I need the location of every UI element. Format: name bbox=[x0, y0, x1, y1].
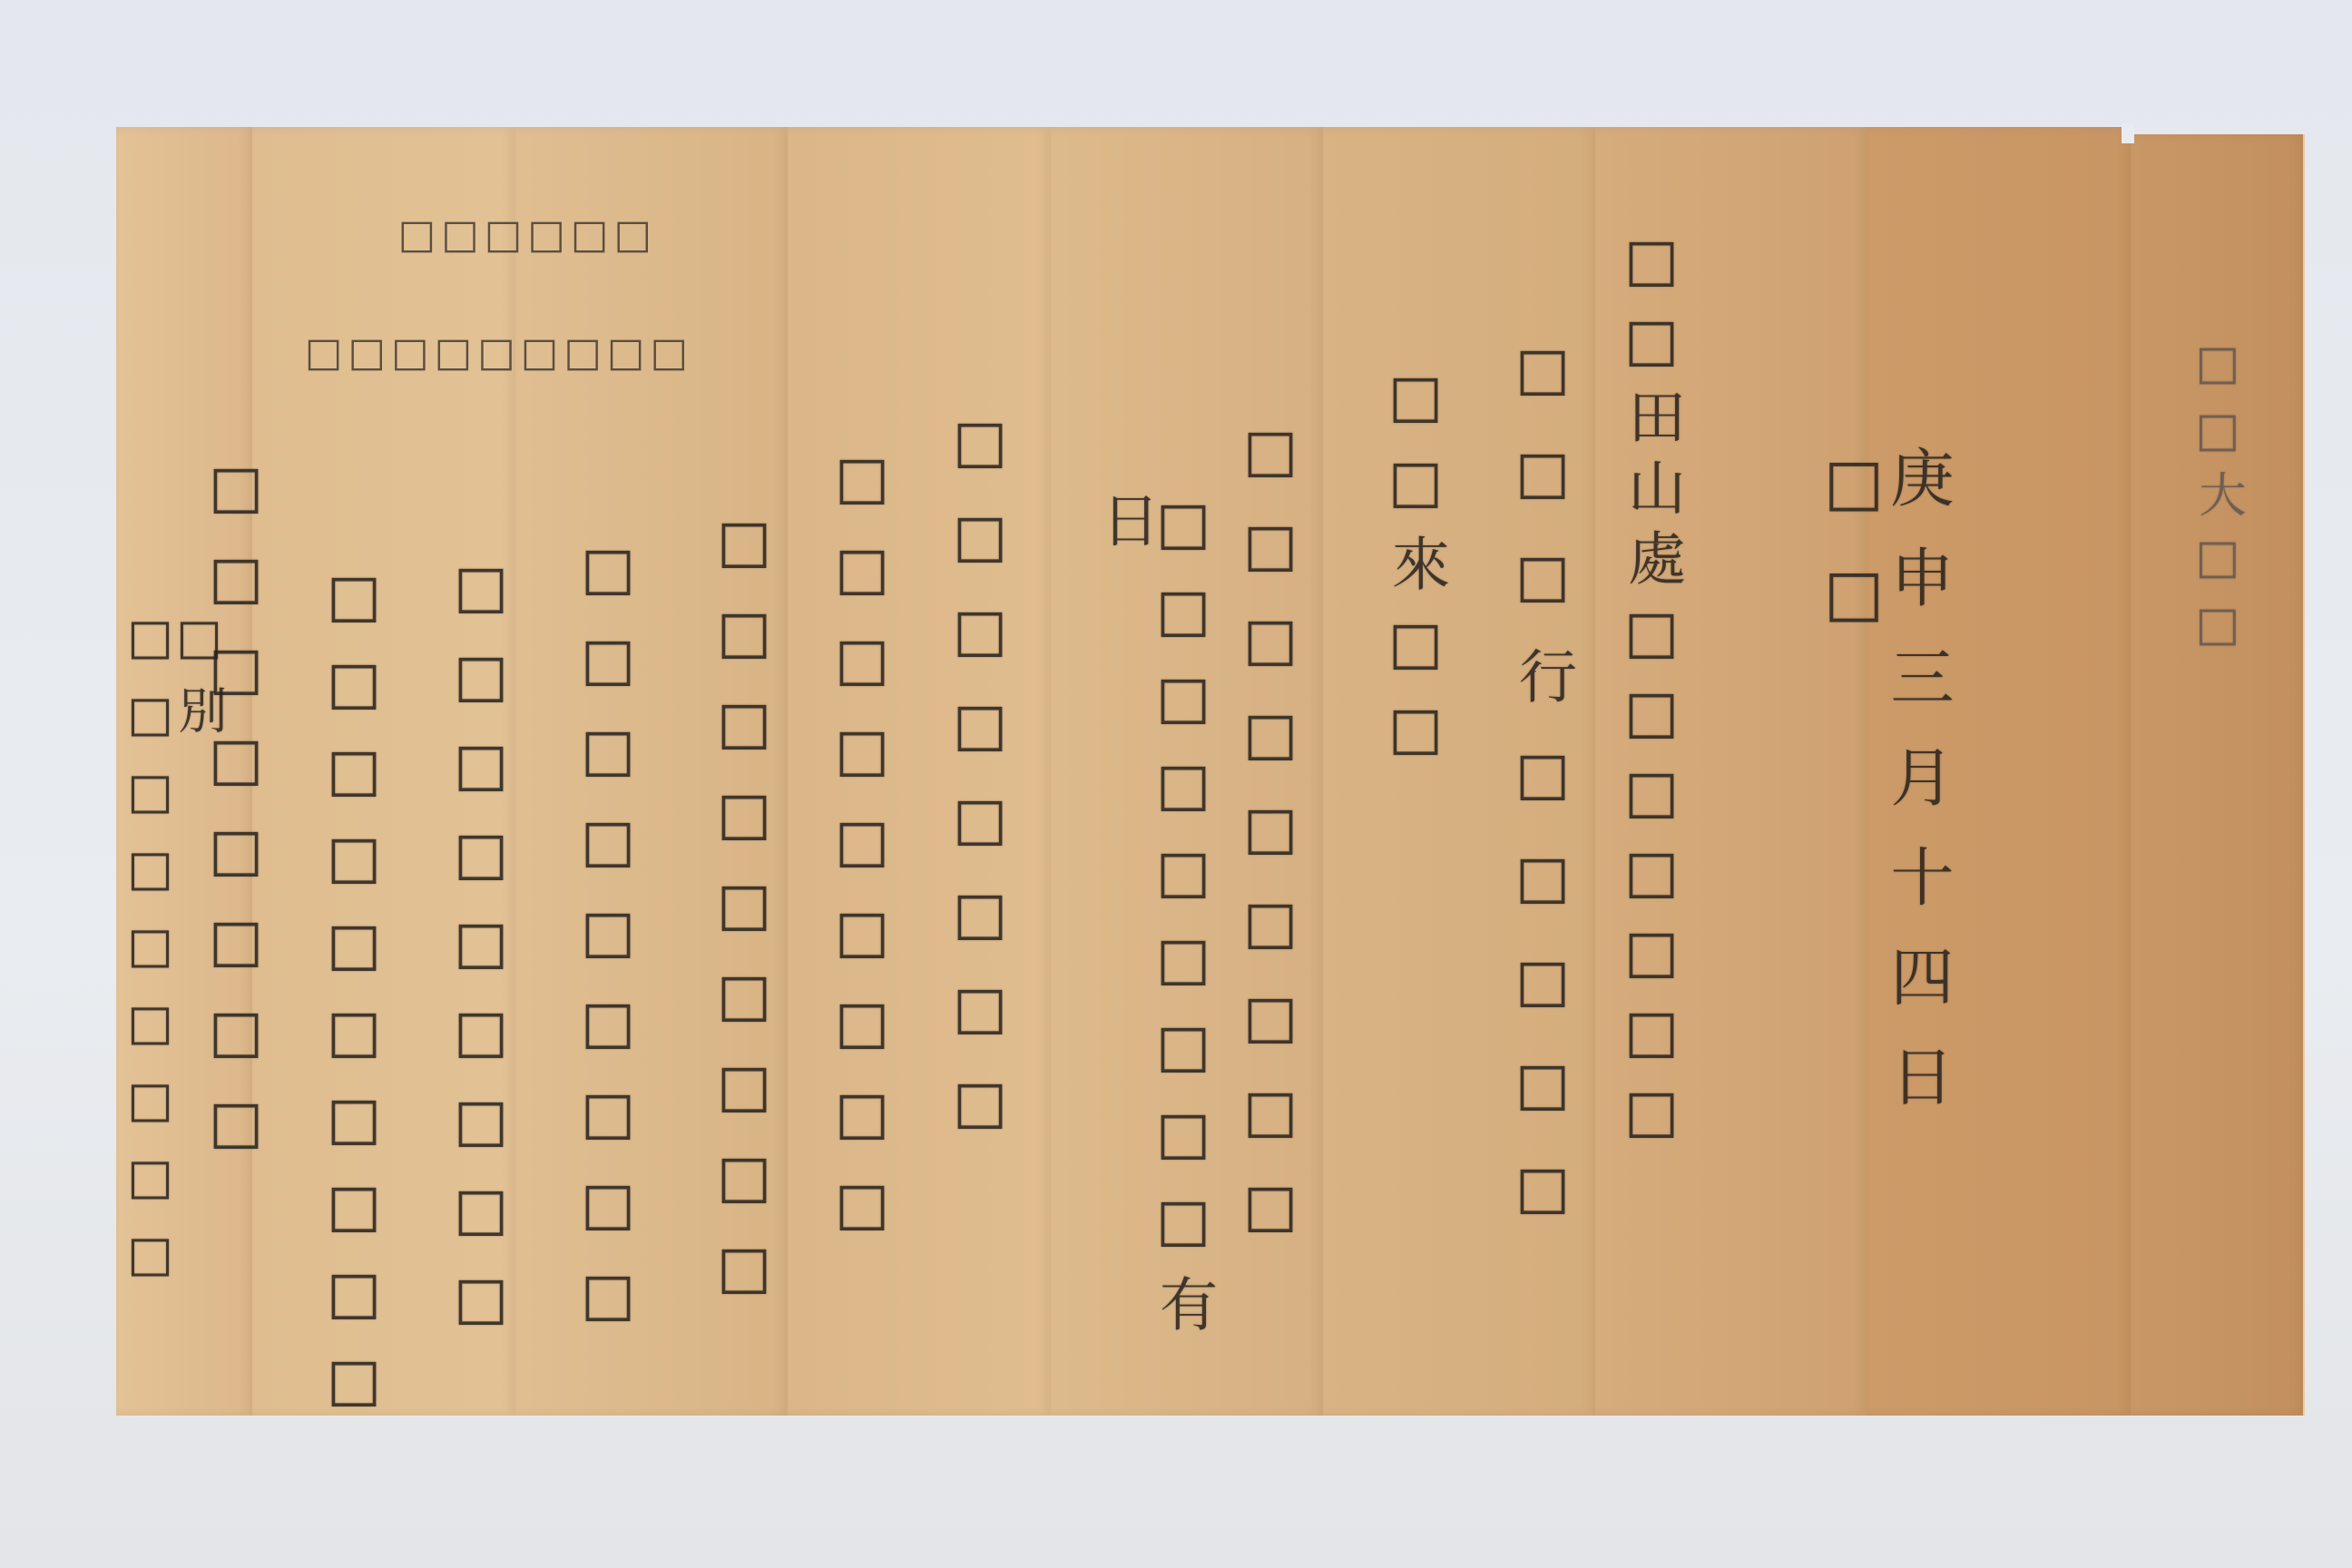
text-column-7: □□□□□□□□□ bbox=[833, 445, 891, 1261]
manuscript-sheet: □□大□□ 庚申三月十四日 □□ □□田山處□□□□□□□ □□□行□□□□□ … bbox=[116, 127, 2303, 1416]
text-column-3: □□來□□ bbox=[1387, 363, 1445, 780]
text-column-11: □□□□□□□□□□ bbox=[325, 563, 383, 1434]
text-column-9: □□□□□□□□□ bbox=[579, 535, 637, 1352]
text-column-5: □□□□□□□□□有日 bbox=[1096, 490, 1212, 1416]
text-column-8: □□□□□□□□□ bbox=[715, 508, 773, 1325]
text-column-4: □□□□□□□□□ bbox=[1241, 417, 1299, 1267]
paper-panel-9 bbox=[2131, 134, 2305, 1416]
text-column-13: □別□□□□□□□□□ bbox=[125, 608, 223, 1416]
right-margin-note: □□大□□ bbox=[2194, 336, 2241, 664]
text-column-2: □□□行□□□□□ bbox=[1514, 336, 1572, 1258]
text-column-10: □□□□□□□□□ bbox=[452, 554, 510, 1354]
top-annotation-2: □□□□□□□□□ bbox=[299, 335, 688, 381]
date-line: 庚申三月十四日 □□ bbox=[1822, 445, 1949, 1416]
text-column-1: □□田山處□□□□□□□ bbox=[1622, 227, 1681, 1158]
text-column-6: □□□□□□□□ bbox=[951, 408, 1009, 1163]
torn-notch bbox=[2122, 123, 2134, 143]
top-annotation-1: □□□□□□ bbox=[393, 217, 652, 263]
